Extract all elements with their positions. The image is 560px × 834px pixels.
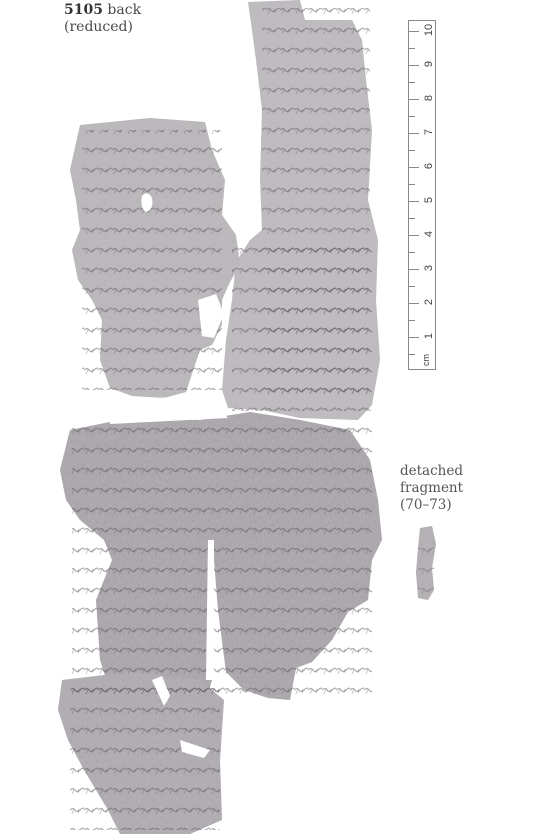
ruler-label-1: 1 — [423, 329, 435, 343]
ruler-label-2: 2 — [423, 295, 435, 309]
detached-fragment-note: detached fragment (70–73) — [400, 463, 463, 514]
ruler-label-10: 10 — [423, 23, 435, 37]
ruler-label-6: 6 — [423, 159, 435, 173]
ruler-label-9: 9 — [423, 57, 435, 71]
ruler-unit: cm — [421, 354, 431, 366]
scale-ruler: 10 9 8 7 6 5 4 3 2 1 cm — [408, 20, 436, 370]
ruler-label-4: 4 — [423, 227, 435, 241]
note-line-2: fragment — [400, 480, 463, 497]
note-line-1: detached — [400, 463, 463, 480]
ruler-label-5: 5 — [423, 193, 435, 207]
note-line-3: (70–73) — [400, 497, 463, 514]
ruler-label-7: 7 — [423, 125, 435, 139]
detached-fragment — [416, 526, 436, 600]
ruler-label-8: 8 — [423, 91, 435, 105]
ruler-label-3: 3 — [423, 261, 435, 275]
papyrus-image — [0, 0, 560, 834]
